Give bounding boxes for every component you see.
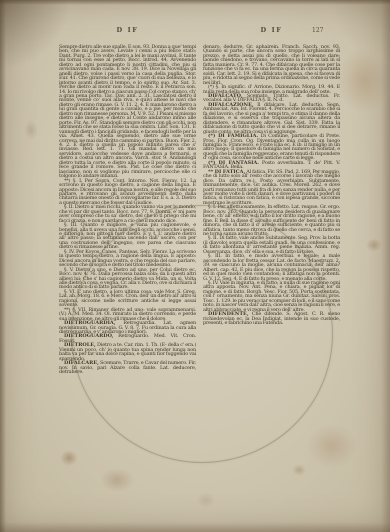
- foxing-spot: [24, 120, 38, 140]
- paragraph: §. II. Di fatto, vale anche Subitamente.…: [203, 236, 340, 254]
- paragraph: §. VI. L' uno dietro, a loro ultima cosa…: [59, 290, 196, 308]
- paragraph: §. III. In fatto, e modo avverbial. e le…: [203, 254, 340, 281]
- paragraph: DIETROGUARDIA, Retroguardia. Lat. agmen …: [59, 321, 196, 334]
- paragraph: **) §. VII. Rimaner dietro ad uno: vale …: [59, 308, 196, 321]
- paragraph: §. V. Dietro a uno, e Dietro ad uno, per…: [59, 268, 196, 290]
- foxing-spot: [196, 492, 216, 508]
- paragraph: §. IV. Vale in ingiuria, e di fatto; a n…: [203, 281, 340, 312]
- entry-headword: (*) DI FANTASIA.: [208, 160, 259, 166]
- paragraph: §. IV. Per Koyos, Canes, Panteas, Selv. …: [59, 250, 196, 268]
- entry-headword: ** DI FATICA,: [208, 169, 245, 175]
- foxing-spot: [100, 468, 134, 492]
- foxing-spot: [60, 450, 78, 466]
- paragraph: ** DI FATICA, Al fatica. Fir. SS. Pad. 2…: [203, 170, 340, 206]
- paragraph: **) §. I. Per Sopra, Cont. Intorno. Not.…: [59, 179, 196, 206]
- entry-headword: DIFENDENTE,: [208, 311, 249, 317]
- entry-headword: DIFALCATO,: [208, 93, 242, 99]
- entry-headword: DIETROGUARDO,: [64, 333, 113, 339]
- paragraph: DIETROLE, Dietro a te. Car. rim. 1. Th. …: [59, 343, 196, 361]
- foxing-spot: [366, 238, 382, 252]
- foxing-spot: [338, 48, 390, 114]
- running-head: D IF D IF: [59, 26, 340, 34]
- paragraph: §. II. Dietro a' miei ricchi, quando van…: [59, 205, 196, 223]
- text-block: Sempre dietro alle sue spalle, E son. 93…: [59, 45, 340, 375]
- entry-headword: DIFALCAZIONE,: [208, 102, 254, 108]
- page-number: 127: [312, 27, 323, 34]
- entry-headword: DIETROGUARDIA,: [64, 320, 116, 326]
- entry-headword: DIFALCARE,: [64, 360, 99, 366]
- paragraph: Sempre dietro alle sue spalle, E son. 93…: [59, 45, 196, 179]
- foxing-spot: [306, 424, 358, 468]
- foxing-spot: [292, 464, 306, 476]
- paragraph: (*) DI FAMIGLIA. Di Comune, particolare …: [203, 134, 340, 161]
- text-column-right: denaro, dedurre, Gr. aphairein. Franch. …: [203, 45, 340, 375]
- paragraph: §. III. Quanto e migliore, e vana piu ca…: [59, 223, 196, 250]
- text-column-left: Sempre dietro alle sue spalle, E son. 93…: [59, 45, 196, 375]
- entry-headword: DIETROLE,: [64, 342, 96, 348]
- paragraph: DIFALCARE, Scemare, Trarre, e Cavar del …: [59, 361, 196, 374]
- paragraph: §. I. Per affettuosamente, In effetto. L…: [203, 205, 340, 236]
- paragraph: DIFENDENTE, Che difende. S. Agost. C. R.…: [203, 312, 340, 325]
- entry-headword: (*) DI FAMIGLIA.: [208, 133, 258, 139]
- paragraph: DIFALCAZIONE, Il difalcare. Lat. deducti…: [203, 103, 340, 134]
- running-head-left: D IF: [59, 26, 196, 34]
- scanned-page: D IF D IF 127 Sempre dietro alle sue spa…: [0, 0, 390, 532]
- paragraph: denaro, dedurre, Gr. aphairein. Franch. …: [203, 45, 340, 85]
